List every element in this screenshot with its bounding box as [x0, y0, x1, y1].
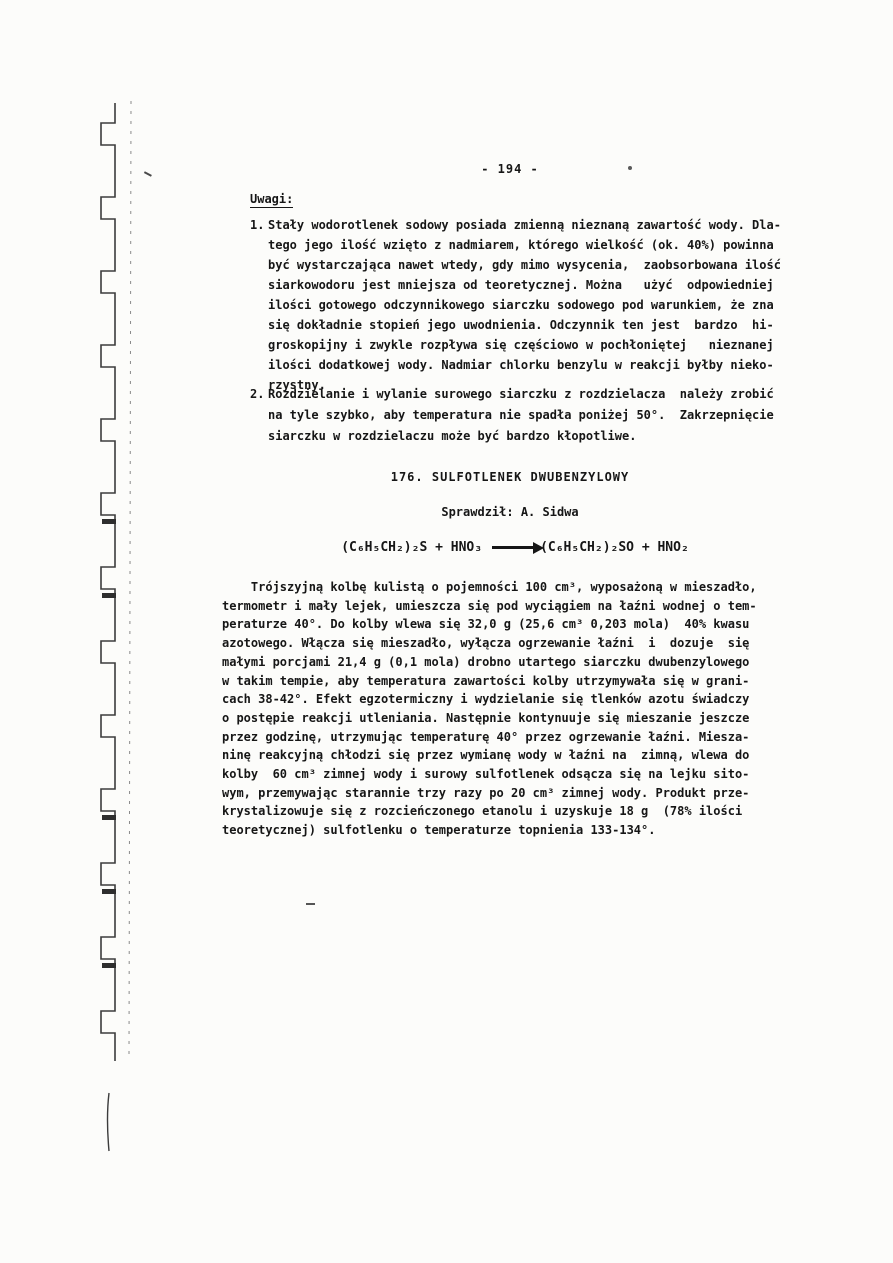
text-line: termometr i mały lejek, umieszcza się po… — [222, 597, 788, 616]
notes-heading: Uwagi: — [250, 192, 293, 208]
scan-speck — [306, 903, 315, 905]
text-line: się dokładnie stopień jego uwodnienia. O… — [268, 315, 781, 335]
text-line: na tyle szybko, aby temperatura nie spad… — [268, 405, 774, 426]
equation-right-side: (C₆H₅CH₂)₂SO + HNO₂ — [540, 540, 689, 555]
note-item-1: 1. Stały wodorotlenek sodowy posiada zmi… — [250, 215, 781, 395]
reaction-equation: (C₆H₅CH₂)₂S + HNO₃(C₆H₅CH₂)₂SO + HNO₂ — [235, 540, 795, 555]
text-line: o postępie reakcji utleniania. Następnie… — [222, 709, 788, 728]
text-line: Rozdzielanie i wylanie surowego siarczku… — [268, 384, 774, 405]
section-title: 176. SULFOTLENEK DWUBENZYLOWY — [235, 470, 785, 484]
equation-left-side: (C₆H₅CH₂)₂S + HNO₃ — [341, 540, 482, 555]
text-line: peraturze 40°. Do kolby wlewa się 32,0 g… — [222, 615, 788, 634]
note-text: Stały wodorotlenek sodowy posiada zmienn… — [268, 215, 781, 395]
note-number: 2. — [250, 384, 268, 405]
text-line: azotowego. Włącza się mieszadło, wyłącza… — [222, 634, 788, 653]
text-line: ilości dodatkowej wody. Nadmiar chlorku … — [268, 355, 781, 375]
procedure-paragraph: Trójszyjną kolbę kulistą o pojemności 10… — [222, 578, 788, 840]
reaction-arrow-icon — [492, 546, 534, 549]
text-line: siarczku w rozdzielaczu może być bardzo … — [268, 426, 774, 447]
text-line: w takim tempie, aby temperatura zawartoś… — [222, 672, 788, 691]
note-text: Rozdzielanie i wylanie surowego siarczku… — [268, 384, 774, 447]
note-number: 1. — [250, 215, 268, 235]
text-line: groskopijny i zwykle rozpływa się części… — [268, 335, 781, 355]
text-line: być wystarczająca nawet wtedy, gdy mimo … — [268, 255, 781, 275]
page-number: - 194 - — [235, 162, 785, 176]
text-line: małymi porcjami 21,4 g (0,1 mola) drobno… — [222, 653, 788, 672]
text-line: wym, przemywając starannie trzy razy po … — [222, 784, 788, 803]
scanned-document-page: - 194 - Uwagi: 1. Stały wodorotlenek sod… — [0, 0, 893, 1263]
text-line: Stały wodorotlenek sodowy posiada zmienn… — [268, 215, 781, 235]
notes-heading-label: Uwagi: — [250, 192, 293, 208]
text-line: tego jego ilość wzięto z nadmiarem, któr… — [268, 235, 781, 255]
checked-by-line: Sprawdził: A. Sidwa — [235, 505, 785, 519]
text-line: siarkowodoru jest mniejsza od teoretyczn… — [268, 275, 781, 295]
text-line: ilości gotowego odczynnikowego siarczku … — [268, 295, 781, 315]
text-line: krystalizowuje się z rozcieńczonego etan… — [222, 802, 788, 821]
binding-edge-artifact — [85, 95, 155, 1215]
text-line: cach 38-42°. Efekt egzotermiczny i wydzi… — [222, 690, 788, 709]
text-line: przez godzinę, utrzymując temperaturę 40… — [222, 728, 788, 747]
text-line: teoretycznej) sulfotlenku o temperaturze… — [222, 821, 788, 840]
text-line: ninę reakcyjną chłodzi się przez wymianę… — [222, 746, 788, 765]
note-item-2: 2. Rozdzielanie i wylanie surowego siarc… — [250, 384, 774, 447]
text-line: Trójszyjną kolbę kulistą o pojemności 10… — [222, 578, 788, 597]
text-line: kolby 60 cm³ zimnej wody i surowy sulfot… — [222, 765, 788, 784]
